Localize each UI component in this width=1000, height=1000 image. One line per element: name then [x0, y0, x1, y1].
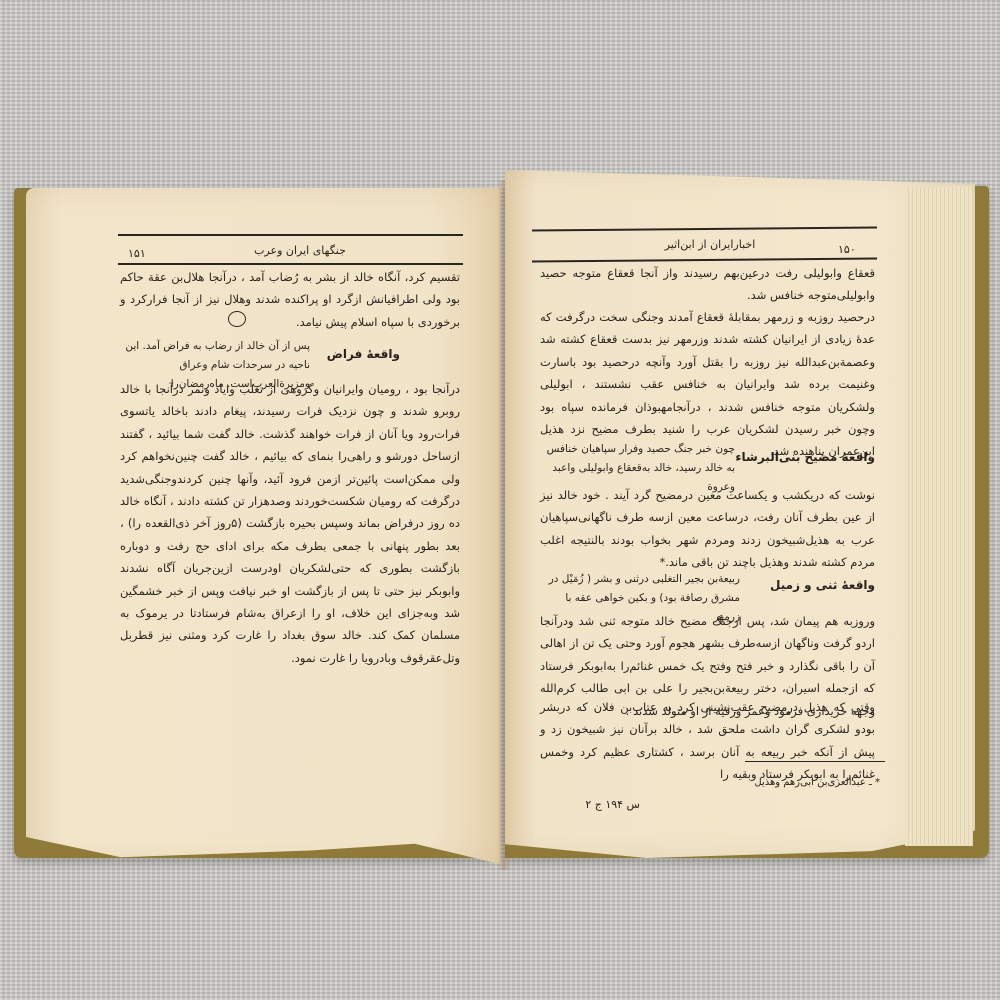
right-paragraph-1: قعقاع وابولیلی رفت درعین‌بهم رسیدند واز …: [540, 262, 875, 307]
signature-mark: س ۱۹۴ ج ۲: [560, 798, 640, 811]
footnote-rule: [745, 761, 885, 762]
right-page-header-title: اخبارایران از ابن‌اثیر: [610, 238, 810, 251]
right-side-heading-2: واقعهٔ ثنی و زمیل: [750, 578, 875, 592]
right-paragraph-3: نوشت که دریکشب و یکساعت معین درمضیح گرد …: [540, 484, 875, 574]
page-edges: [905, 186, 973, 846]
right-paragraph-5: وقتی که هذیل درمضیح عقب‌نشینی کرد به عتا…: [540, 696, 875, 786]
header-rule-bottom-left: [118, 263, 463, 265]
right-page-number: ۱۵۰: [838, 243, 856, 256]
left-paragraph-2: درآنجا بود ، رومیان وایرانیان وگروهی از …: [120, 378, 460, 669]
pen-circle-mark: [228, 311, 246, 327]
footnote: * ـ عبدالعزی‌بن ابی‌رهم وهذیل: [740, 777, 880, 788]
left-paragraph-1: تقسیم کرد، آنگاه خالد از بشر به رُضاب آم…: [120, 266, 460, 333]
left-page-header-title: جنگهای ایران وعرب: [200, 244, 400, 257]
header-rule-top-left: [118, 234, 463, 236]
left-side-heading: واقعهٔ فراض: [320, 347, 400, 361]
left-page-number: ۱۵۱: [128, 247, 146, 260]
